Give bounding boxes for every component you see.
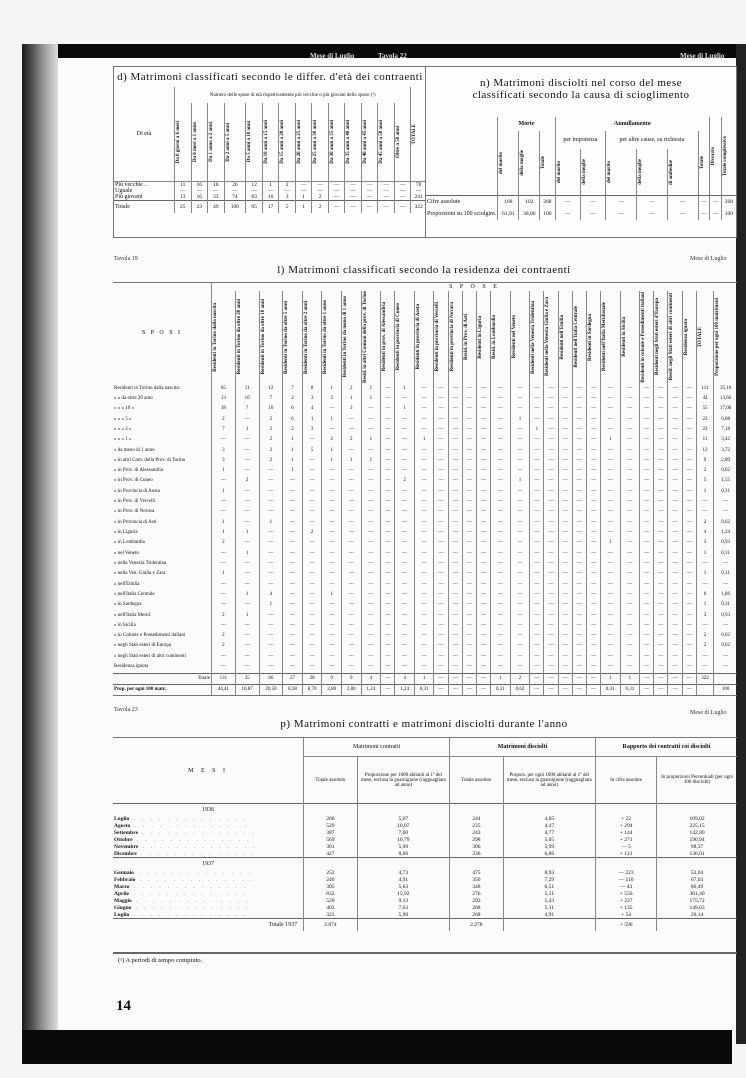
column-header: Da 40 anni a 45 anni bbox=[361, 103, 378, 182]
cell-value: — bbox=[361, 404, 381, 414]
cell-value: 5,07 bbox=[357, 816, 449, 823]
cell-value: — bbox=[637, 208, 668, 220]
cell-value: — bbox=[322, 620, 342, 630]
cell-value: — bbox=[544, 486, 558, 496]
cell-value: 8,93 bbox=[503, 870, 595, 877]
column-header-text: Resid. in altri Comuni della prov. di To… bbox=[363, 291, 369, 383]
cell-value: — bbox=[302, 538, 322, 548]
cell-value: — bbox=[462, 517, 476, 527]
cell-value: — bbox=[668, 496, 682, 506]
table-row: Aprile . . . . . . . . . . . . . .83215,… bbox=[113, 891, 737, 898]
cell-value: — bbox=[491, 424, 511, 434]
cell-value: 1 bbox=[322, 414, 342, 424]
cell-value: 149,63 bbox=[657, 905, 737, 912]
cell-value: — bbox=[414, 641, 434, 651]
cell-value: — bbox=[668, 610, 682, 620]
cell-value: — bbox=[491, 496, 511, 506]
cell-value: — bbox=[510, 507, 530, 517]
cell-value: — bbox=[302, 496, 322, 506]
row-label: » in Prov. di Vercelli bbox=[113, 496, 212, 506]
cell-value: 1 bbox=[235, 527, 259, 537]
cell-value: — bbox=[491, 600, 511, 610]
cell-value: 35,10 bbox=[714, 383, 737, 393]
cell-value: — bbox=[212, 558, 236, 568]
cell-value: 3 bbox=[302, 424, 322, 434]
cell-value: — bbox=[302, 641, 322, 651]
cell-value: — bbox=[558, 600, 572, 610]
cell-value: 2 bbox=[302, 527, 322, 537]
cell-value: + 22 bbox=[595, 816, 656, 823]
cell-value: — bbox=[212, 507, 236, 517]
cell-value: — bbox=[530, 466, 544, 476]
cell-value: 3 bbox=[341, 404, 361, 414]
cell-value: — bbox=[235, 507, 259, 517]
column-header: Oltre a 50 anni bbox=[394, 103, 411, 182]
proportion-row: Prop. per ogni 100 matr.44,4110,8720,508… bbox=[113, 684, 737, 695]
cell-value: — bbox=[586, 538, 600, 548]
cell-value: — bbox=[668, 589, 682, 599]
row-label-header bbox=[426, 117, 498, 196]
cell-value: 7,60 bbox=[357, 830, 449, 837]
cell-value: 2,80 bbox=[322, 684, 342, 695]
cell-value: — bbox=[572, 641, 586, 651]
month-label: Febbraio . . . . . . . . . . . . . . bbox=[113, 877, 304, 884]
cell-value: — bbox=[395, 589, 415, 599]
cell-value: — bbox=[462, 610, 476, 620]
cell-value: — bbox=[448, 610, 462, 620]
table-row: Maggio . . . . . . . . . . . . . .5209,1… bbox=[113, 898, 737, 905]
row-label: » in altri Com. della Prov. di Torino bbox=[113, 455, 212, 465]
cell-value: — bbox=[476, 435, 490, 445]
cell-value: — bbox=[558, 455, 572, 465]
cell-value: 2 bbox=[696, 517, 714, 527]
cell-value: 16 bbox=[259, 404, 283, 414]
cell-value: — bbox=[341, 517, 361, 527]
cell-value: — bbox=[341, 579, 361, 589]
cell-value: — bbox=[302, 517, 322, 527]
cell-value: — bbox=[283, 661, 303, 673]
cell-value: — bbox=[462, 507, 476, 517]
cell-value: 306 bbox=[450, 844, 504, 851]
cell-value: — bbox=[620, 558, 640, 568]
cell-value: — bbox=[572, 507, 586, 517]
cell-value: — bbox=[620, 507, 640, 517]
cell-value: — bbox=[476, 569, 490, 579]
cell-value: 23 bbox=[696, 424, 714, 434]
cell-value: — bbox=[434, 641, 448, 651]
cell-value: 1 bbox=[302, 414, 322, 424]
year-row: 1936 bbox=[113, 804, 737, 816]
cell-value: + 596 bbox=[595, 919, 656, 931]
cell-value: — bbox=[640, 496, 654, 506]
cell-value: — bbox=[558, 661, 572, 673]
cell-empty bbox=[357, 804, 449, 816]
cell-value: — bbox=[462, 579, 476, 589]
cell-value: — bbox=[558, 651, 572, 661]
cell-value: + 271 bbox=[595, 837, 656, 844]
column-header: Totale bbox=[698, 131, 710, 196]
cell-value: — bbox=[696, 651, 714, 661]
cell-value: 301 bbox=[304, 844, 358, 851]
cell-value: 2 bbox=[259, 424, 283, 434]
cell-value: — bbox=[668, 414, 682, 424]
cell-value: — bbox=[586, 507, 600, 517]
cell-value: 1 bbox=[212, 569, 236, 579]
cell-value bbox=[357, 919, 449, 931]
cell-value: — bbox=[696, 579, 714, 589]
sub-percentuali: In proporzioni Percentuali (per ogni 100… bbox=[657, 757, 737, 804]
cell-value: — bbox=[414, 455, 434, 465]
cell-value: — bbox=[601, 445, 621, 455]
cell-value: — bbox=[601, 600, 621, 610]
cell-value: — bbox=[302, 569, 322, 579]
cell-value: — bbox=[361, 620, 381, 630]
cell-value: — bbox=[572, 393, 586, 403]
cell-value: — bbox=[668, 507, 682, 517]
cell-value: — bbox=[322, 610, 342, 620]
cell-value: 569 bbox=[304, 837, 358, 844]
cell-value: + 556 bbox=[595, 891, 656, 898]
cell-value: — bbox=[530, 435, 544, 445]
cell-value: — bbox=[586, 610, 600, 620]
cell-value: — bbox=[682, 684, 696, 695]
cell-value: — bbox=[586, 527, 600, 537]
cell-value: — bbox=[361, 445, 381, 455]
cell-value: — bbox=[322, 476, 342, 486]
cell-value: — bbox=[586, 651, 600, 661]
cell-value: — bbox=[682, 589, 696, 599]
cell-value bbox=[714, 673, 737, 684]
cell-value: — bbox=[654, 538, 668, 548]
column-header: del marito bbox=[555, 149, 580, 196]
cell-value: — bbox=[381, 496, 395, 506]
table-row: Giugno . . . . . . . . . . . . . .4037,6… bbox=[113, 905, 737, 912]
month-label: Gennaio . . . . . . . . . . . . . . bbox=[113, 870, 304, 877]
cell-value: 427 bbox=[304, 851, 358, 858]
column-header-text: del marito bbox=[499, 152, 505, 174]
cell-value: 2 bbox=[510, 673, 530, 684]
cell-value: — bbox=[510, 383, 530, 393]
total-row: Totale13135662728994—41————12—————11————… bbox=[113, 673, 737, 684]
column-header-text: Residenti in Torino da oltre 1 anno bbox=[323, 300, 329, 374]
cell-value: — bbox=[448, 684, 462, 695]
cell-value: — bbox=[530, 548, 544, 558]
cell-value: — bbox=[572, 496, 586, 506]
cell-value: — bbox=[414, 466, 434, 476]
cell-value: — bbox=[476, 661, 490, 673]
table-row: Febbraio . . . . . . . . . . . . . .2404… bbox=[113, 877, 737, 884]
table-row: » in Prov. di Alessandria1——1———————————… bbox=[113, 466, 737, 476]
cell-value: — bbox=[586, 517, 600, 527]
cell-value: — bbox=[259, 507, 283, 517]
cell-value: 67,63 bbox=[657, 877, 737, 884]
table-row: » nella Ven. Giulia e Zara1—————————————… bbox=[113, 569, 737, 579]
column-header: Da 2 anni a 5 anni bbox=[224, 103, 246, 182]
cell-value: — bbox=[476, 673, 490, 684]
cell-value: — bbox=[572, 435, 586, 445]
cell-value: — bbox=[476, 641, 490, 651]
cell-value: — bbox=[601, 651, 621, 661]
month-name: Luglio bbox=[114, 912, 129, 918]
cell-value: — bbox=[381, 684, 395, 695]
cell-value: — bbox=[572, 383, 586, 393]
cell-value: — bbox=[558, 569, 572, 579]
row-label: » in Liguria bbox=[113, 527, 212, 537]
column-header-text: Residenti in provincia di Vercelli bbox=[435, 302, 441, 372]
row-label: Prop. per ogni 100 matr. bbox=[113, 684, 212, 695]
column-header: Residenti in Torino da oltre 10 anni bbox=[259, 291, 283, 383]
cell-value: — bbox=[476, 579, 490, 589]
cell-value: — bbox=[341, 558, 361, 568]
cell-value: — bbox=[462, 661, 476, 673]
cell-value: — bbox=[640, 445, 654, 455]
cell-value: — bbox=[302, 610, 322, 620]
cell-value: — bbox=[322, 507, 342, 517]
cell-value: — bbox=[682, 435, 696, 445]
cell-value: — bbox=[381, 579, 395, 589]
table-row: » nel Veneto—1——————————————————————————… bbox=[113, 548, 737, 558]
cell-value: 22 bbox=[696, 414, 714, 424]
cell-value: — bbox=[491, 589, 511, 599]
cell-value: — bbox=[448, 383, 462, 393]
cell-value: — bbox=[620, 466, 640, 476]
row-label: » » » 5 » bbox=[113, 414, 212, 424]
column-header-text: Residenti in provincia di Aosta bbox=[416, 304, 422, 369]
cell-value: — bbox=[259, 538, 283, 548]
cell-value: — bbox=[361, 466, 381, 476]
cell-value: — bbox=[381, 517, 395, 527]
cell-value: — bbox=[341, 424, 361, 434]
row-label: » in Lombardia bbox=[113, 538, 212, 548]
row-label: » in Sardegna bbox=[113, 600, 212, 610]
cell-value: — bbox=[620, 651, 640, 661]
cell-value: — bbox=[212, 496, 236, 506]
cell-value: 2 bbox=[283, 424, 303, 434]
cell-value: 1 bbox=[295, 201, 312, 213]
cell-value: — bbox=[341, 589, 361, 599]
table-n-grid: MorteAnnullamentoDivorzioTotale compless… bbox=[426, 117, 736, 220]
cell-value: — bbox=[530, 579, 544, 589]
cell-value: — bbox=[586, 383, 600, 393]
cell-value: — bbox=[558, 507, 572, 517]
leader-dots: . . . . . . . . . . . . . . bbox=[133, 838, 252, 843]
group-morte: Morte bbox=[498, 117, 555, 131]
cell-value: 268 bbox=[721, 196, 736, 208]
column-header: Totale complessivo bbox=[721, 117, 736, 196]
cell-value: 1,24 bbox=[395, 684, 415, 695]
cell-value: — bbox=[510, 538, 530, 548]
cell-value: — bbox=[259, 548, 283, 558]
cell-value: — bbox=[341, 651, 361, 661]
month-name: Maggio bbox=[114, 898, 132, 904]
cell-value: 2 bbox=[341, 435, 361, 445]
cell-value: — bbox=[381, 527, 395, 537]
cell-value: — bbox=[572, 538, 586, 548]
cell-value: 266 bbox=[304, 816, 358, 823]
cell-value: — bbox=[434, 517, 448, 527]
cell-value: 243 bbox=[450, 830, 504, 837]
cell-value: — bbox=[414, 620, 434, 630]
row-label: » » » 2 » bbox=[113, 424, 212, 434]
table-row: » in Colonie e Possedimenti italiani2———… bbox=[113, 631, 737, 641]
column-header: della moglie bbox=[637, 149, 668, 196]
cell-value: 2 bbox=[212, 538, 236, 548]
cell-value: — bbox=[668, 455, 682, 465]
month-name: Giugno bbox=[114, 905, 131, 911]
cell-value: — bbox=[462, 641, 476, 651]
cell-value: — bbox=[620, 496, 640, 506]
cell-value: — 5 bbox=[595, 844, 656, 851]
cell-value: — bbox=[544, 631, 558, 641]
row-label: » negli Stati esteri di altri continenti bbox=[113, 651, 212, 661]
cell-value: 4,47 bbox=[503, 823, 595, 830]
cell-value: — bbox=[259, 476, 283, 486]
cell-value: 4,65 bbox=[503, 816, 595, 823]
cell-value: — bbox=[620, 569, 640, 579]
cell-value: — bbox=[414, 558, 434, 568]
cell-value: 1 bbox=[283, 445, 303, 455]
cell-value: — bbox=[640, 641, 654, 651]
table-row: » in Sardegna——1————————————————————————… bbox=[113, 600, 737, 610]
cell-value: — bbox=[682, 673, 696, 684]
cell-value: — bbox=[510, 486, 530, 496]
row-label: » nell'Italia Centrale bbox=[113, 589, 212, 599]
cell-empty bbox=[304, 804, 358, 816]
cell-value: 12 bbox=[696, 445, 714, 455]
cell-value: 301,40 bbox=[657, 891, 737, 898]
cell-value: — bbox=[510, 424, 530, 434]
cell-value: 1 bbox=[601, 435, 621, 445]
cell-value: — bbox=[586, 455, 600, 465]
cell-value: — bbox=[476, 600, 490, 610]
cell-value: — bbox=[620, 455, 640, 465]
cell-value: + 294 bbox=[595, 823, 656, 830]
cell-value: — bbox=[434, 579, 448, 589]
cell-value: — bbox=[640, 569, 654, 579]
month-label: Settembre . . . . . . . . . . . . . . bbox=[113, 830, 304, 837]
cell-value: 1 bbox=[620, 673, 640, 684]
cell-value: — bbox=[302, 486, 322, 496]
cell-value: — bbox=[654, 466, 668, 476]
cell-value: 4,73 bbox=[357, 870, 449, 877]
cell-value: — bbox=[682, 424, 696, 434]
cell-value: — bbox=[580, 208, 605, 220]
cell-value: — bbox=[491, 569, 511, 579]
cell-value: — bbox=[448, 414, 462, 424]
cell-value: — bbox=[448, 476, 462, 486]
row-label: » » da oltre 20 anni bbox=[113, 393, 212, 403]
row-label: Residenza ignota bbox=[113, 661, 212, 673]
row-label: » in Prov. di Cuneo bbox=[113, 476, 212, 486]
cell-value: — bbox=[434, 383, 448, 393]
cell-value: — bbox=[654, 383, 668, 393]
cell-value: — bbox=[620, 445, 640, 455]
cell-value: 6,08 bbox=[714, 414, 737, 424]
cell-value: 1 bbox=[322, 383, 342, 393]
cell-value: — bbox=[283, 486, 303, 496]
cell-value: — bbox=[448, 393, 462, 403]
column-header-text: Residenti in Sardegna bbox=[588, 314, 594, 361]
cell-value: 5,90 bbox=[357, 844, 449, 851]
cell-value: — bbox=[696, 620, 714, 630]
total-label: Totale 1937 bbox=[113, 919, 304, 931]
cell-value: — bbox=[620, 404, 640, 414]
cell-value: — bbox=[586, 414, 600, 424]
month-label: Luglio . . . . . . . . . . . . . . bbox=[113, 912, 304, 919]
cell-value: — bbox=[510, 445, 530, 455]
cell-value: — bbox=[283, 548, 303, 558]
cell-value: — bbox=[530, 414, 544, 424]
column-header-text: Residenti nella Venezia Tridentina bbox=[531, 301, 537, 374]
cell-value: — bbox=[302, 589, 322, 599]
cell-value: — bbox=[654, 404, 668, 414]
table-n: MorteAnnullamentoDivorzioTotale compless… bbox=[426, 117, 736, 220]
cell-value: — bbox=[558, 641, 572, 651]
column-header-text: Residenza ignota bbox=[684, 319, 690, 355]
cell-value: — bbox=[586, 569, 600, 579]
cell-value: 1 bbox=[212, 466, 236, 476]
cell-value: — bbox=[302, 620, 322, 630]
cell-value: — bbox=[414, 631, 434, 641]
cell-empty bbox=[357, 858, 449, 870]
cell-value: — bbox=[668, 466, 682, 476]
cell-value: — bbox=[283, 527, 303, 537]
cell-value: — bbox=[640, 466, 654, 476]
column-header: Residenti nella Venezia Tridentina bbox=[530, 291, 544, 383]
cell-value: — bbox=[544, 517, 558, 527]
cell-value: — bbox=[572, 548, 586, 558]
cell-value: — bbox=[476, 455, 490, 465]
column-header: Residenti in provincia di Novara bbox=[448, 291, 462, 383]
row-label: » da meno di 1 anno bbox=[113, 445, 212, 455]
cell-value: — bbox=[476, 393, 490, 403]
cell-value: — bbox=[555, 196, 580, 208]
cell-value: — bbox=[414, 486, 434, 496]
cell-value: — bbox=[381, 569, 395, 579]
cell-value: — bbox=[259, 610, 283, 620]
month-name: Aprile bbox=[114, 891, 129, 897]
cell-value: — bbox=[283, 651, 303, 661]
cell-value: — bbox=[235, 631, 259, 641]
cell-value: — bbox=[491, 631, 511, 641]
cell-value: — bbox=[682, 548, 696, 558]
cell-value: — bbox=[322, 569, 342, 579]
cell-value: — bbox=[448, 620, 462, 630]
leader-dots: . . . . . . . . . . . . . . bbox=[130, 885, 249, 890]
cell-value: — bbox=[668, 600, 682, 610]
column-header: Residenti in Torino da oltre 1 anno bbox=[322, 291, 342, 383]
cell-empty bbox=[595, 804, 656, 816]
cell-value: — bbox=[510, 393, 530, 403]
cell-value: — bbox=[302, 651, 322, 661]
cell-value: 1 bbox=[361, 435, 381, 445]
cell-value: — bbox=[491, 610, 511, 620]
cell-value: — bbox=[434, 445, 448, 455]
month-label: Dicembre . . . . . . . . . . . . . . bbox=[113, 851, 304, 858]
cell-value: 1,24 bbox=[361, 684, 381, 695]
cell-value: 1 bbox=[322, 589, 342, 599]
scan-border-right bbox=[736, 44, 746, 1044]
group-contratti: Matrimoni contratti bbox=[304, 738, 450, 757]
cell-value: 1 bbox=[259, 517, 283, 527]
cell-value: — bbox=[668, 684, 682, 695]
cell-value: — bbox=[668, 631, 682, 641]
cell-value: — bbox=[462, 404, 476, 414]
column-header-text: Da 1 anno a 2 anni bbox=[209, 122, 215, 162]
cell-value: 1 bbox=[341, 455, 361, 465]
cell-value: 4 bbox=[395, 673, 415, 684]
cell-value: — bbox=[414, 517, 434, 527]
